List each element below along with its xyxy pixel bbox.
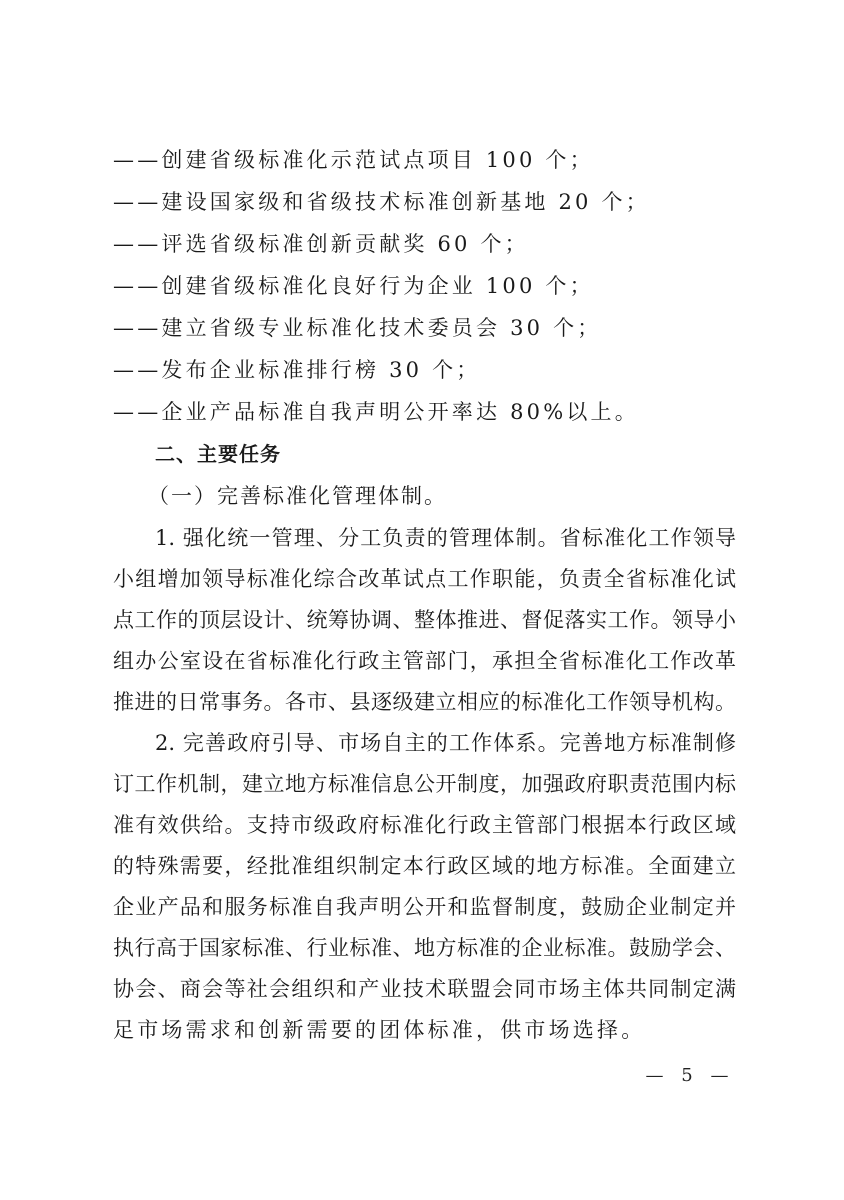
target-item-1: ——创建省级标准化示范试点项目 100 个； (113, 145, 736, 175)
subsection-heading: （一）完善标准化管理体制。 (148, 481, 771, 511)
target-item-2: ——建设国家级和省级技术标准创新基地 20 个； (113, 187, 736, 217)
target-item-6: ——发布企业标准排行榜 30 个； (113, 355, 736, 385)
paragraph2-line-4: 的特殊需要，经批准组织制定本行政区域的地方标准。全面建立 (113, 851, 736, 881)
paragraph2-line-1: 2. 完善政府引导、市场自主的工作体系。完善地方标准制修 (155, 728, 736, 758)
document-page: ——创建省级标准化示范试点项目 100 个； ——建设国家级和省级技术标准创新基… (0, 0, 844, 1200)
target-item-5: ——建立省级专业标准化技术委员会 30 个； (113, 313, 736, 343)
paragraph1-line-1: 1. 强化统一管理、分工负责的管理体制。省标准化工作领导 (155, 523, 736, 553)
target-item-3: ——评选省级标准创新贡献奖 60 个； (113, 229, 736, 259)
paragraph1-line-4: 组办公室设在省标准化行政主管部门，承担全省标准化工作改革 (113, 646, 736, 676)
paragraph2-line-7: 协会、商会等社会组织和产业技术联盟会同市场主体共同制定满 (113, 974, 736, 1004)
page-number: — 5 — (640, 1064, 740, 1088)
target-item-7: ——企业产品标准自我声明公开率达 80%以上。 (113, 397, 736, 427)
paragraph2-line-8: 足市场需求和创新需要的团体标准，供市场选择。 (113, 1015, 736, 1045)
paragraph1-line-5: 推进的日常事务。各市、县逐级建立相应的标准化工作领导机构。 (113, 687, 736, 717)
paragraph2-line-3: 准有效供给。支持市级政府标准化行政主管部门根据本行政区域 (113, 810, 736, 840)
target-item-4: ——创建省级标准化良好行为企业 100 个； (113, 271, 736, 301)
paragraph2-line-5: 企业产品和服务标准自我声明公开和监督制度，鼓励企业制定并 (113, 892, 736, 922)
paragraph1-line-2: 小组增加领导标准化综合改革试点工作职能，负责全省标准化试 (113, 564, 736, 594)
section-heading: 二、主要任务 (155, 439, 778, 469)
paragraph2-line-6: 执行高于国家标准、行业标准、地方标准的企业标准。鼓励学会、 (113, 933, 736, 963)
paragraph1-line-3: 点工作的顶层设计、统筹协调、整体推进、督促落实工作。领导小 (113, 605, 736, 635)
paragraph2-line-2: 订工作机制，建立地方标准信息公开制度，加强政府职责范围内标 (113, 769, 736, 799)
